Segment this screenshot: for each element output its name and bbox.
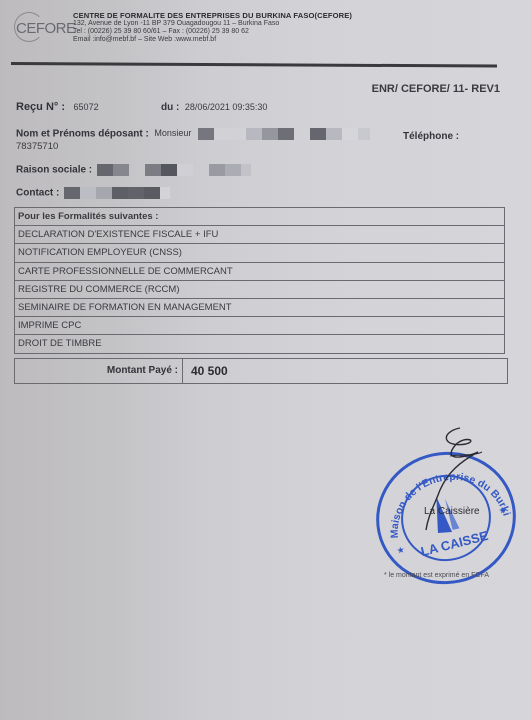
redacted-block (97, 164, 113, 176)
formality-row: SEMINAIRE DE FORMATION EN MANAGEMENT (15, 299, 504, 317)
logo-text: CEFORE (16, 20, 76, 37)
svg-text:★: ★ (396, 544, 406, 555)
formality-row: IMPRIME CPC (15, 317, 504, 335)
currency-footnote: * le montant est exprimé en FCFA (384, 572, 489, 579)
redacted-block (262, 128, 278, 140)
redacted-block (310, 128, 326, 140)
redacted-block (144, 187, 160, 199)
receipt-date: 28/06/2021 09:35:30 (185, 102, 268, 112)
receipt-date-line: du : 28/06/2021 09:35:30 (161, 102, 267, 113)
formalities-table: Pour les Formalités suivantes : DECLARAT… (14, 207, 505, 354)
formality-row: DECLARATION D'EXISTENCE FISCALE + IFU (15, 226, 504, 244)
header-divider (11, 62, 497, 68)
redacted-block (246, 128, 262, 140)
receipt-number-line: Reçu N° : 65072 (16, 101, 99, 113)
redacted-block (241, 164, 251, 176)
redacted-block (225, 164, 241, 176)
redacted-block (160, 187, 170, 199)
amount-paid-row: Montant Payé : 40 500 (14, 358, 508, 384)
redacted-block (129, 164, 145, 176)
redacted-block (294, 128, 310, 140)
receipt-number: 65072 (74, 102, 99, 112)
phone-fax: Tel : (00226) 25 39 80 60/61 – Fax : (00… (73, 28, 352, 36)
formality-row: CARTE PROFESSIONNELLE DE COMMERCANT (15, 263, 504, 281)
redacted-block (145, 164, 161, 176)
redacted-block (278, 128, 294, 140)
redacted-block (198, 128, 214, 140)
redacted-block (177, 164, 193, 176)
redacted-block (112, 187, 128, 199)
address: 132, Avenue de Lyon -11 BP 379 Ouagadoug… (73, 20, 352, 28)
amount-paid-label: Montant Payé : (15, 359, 183, 383)
redacted-block (209, 164, 225, 176)
email-web: Email :info@mebf.bf – Site Web :www.mebf… (73, 36, 352, 44)
date-label: du : (161, 102, 179, 113)
depositor-label: Nom et Prénoms déposant : (16, 128, 149, 139)
redacted-block (113, 164, 129, 176)
redacted-block (64, 187, 80, 199)
cefore-logo: CEFORE (14, 10, 72, 44)
redacted-block (161, 164, 177, 176)
letterhead: CENTRE DE FORMALITE DES ENTREPRISES DU B… (73, 12, 352, 44)
organization-name: CENTRE DE FORMALITE DES ENTREPRISES DU B… (73, 12, 352, 20)
signatory-title: La Caissière (424, 506, 480, 517)
phone-label: Téléphone : (403, 131, 459, 142)
redacted-block (342, 128, 358, 140)
receipt-number-label: Reçu N° : (16, 101, 65, 113)
depositor-title: Monsieur (154, 128, 191, 138)
amount-paid-value: 40 500 (183, 359, 228, 383)
phone-number: 78375710 (16, 141, 58, 152)
depositor-line: Nom et Prénoms déposant : Monsieur (16, 128, 370, 140)
redacted-block (326, 128, 342, 140)
phone-label-line: Téléphone : (403, 131, 459, 142)
company-label: Raison sociale : (16, 164, 92, 175)
redacted-block (96, 187, 112, 199)
formalities-header: Pour les Formalités suivantes : (15, 208, 504, 226)
contact-label: Contact : (16, 187, 59, 198)
signature-scribble (400, 420, 500, 540)
redacted-block (128, 187, 144, 199)
contact-line: Contact : (16, 187, 170, 199)
redacted-block (80, 187, 96, 199)
company-line: Raison sociale : (16, 164, 251, 176)
redacted-block (214, 128, 246, 140)
redacted-block (358, 128, 370, 140)
receipt-page: CEFORE CENTRE DE FORMALITE DES ENTREPRIS… (0, 0, 531, 720)
formality-row: DROIT DE TIMBRE (15, 335, 504, 353)
formality-row: REGISTRE DU COMMERCE (RCCM) (15, 281, 504, 299)
redacted-block (193, 164, 209, 176)
formality-row: NOTIFICATION EMPLOYEUR (CNSS) (15, 244, 504, 262)
document-reference: ENR/ CEFORE/ 11- REV1 (372, 83, 500, 95)
